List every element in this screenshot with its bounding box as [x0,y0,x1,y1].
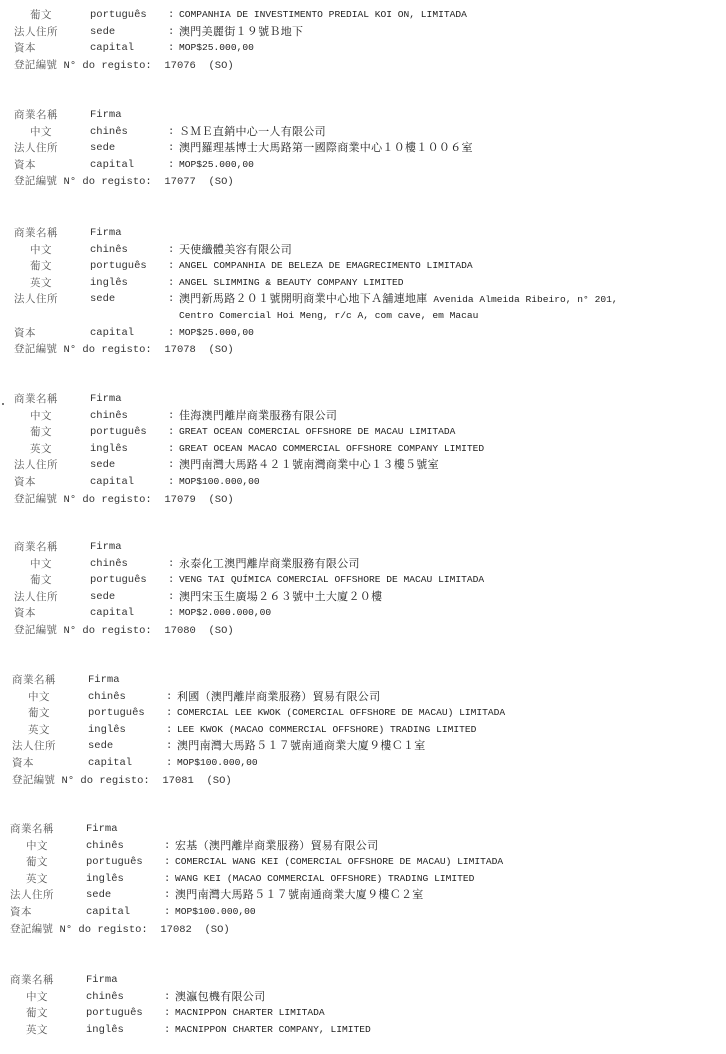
label-pt: N° do registo: [62,775,150,787]
registo-suffix: (SO) [208,344,233,356]
label-pt: português [90,7,147,24]
label-pt: capital [90,157,134,174]
label-pt: sede [88,738,113,755]
label-zh: 商業名稱 [14,539,58,556]
value-portugues: GREAT OCEAN COMERCIAL OFFSHORE DE MACAU … [179,424,455,441]
label-zh: 登記編號 [14,493,57,505]
label-zh: 葡文 [26,1005,48,1022]
registo-line: 登記編號 N° do registo: 17077 (SO) [14,173,234,191]
label-pt: sede [86,887,111,904]
value-sede: 澳門新馬路２０１號開明商業中心地下Ａ舖連地庫 Avenida Almeida R… [179,291,618,309]
registo-number: 17080 [164,625,196,637]
label-zh: 資本 [10,904,32,921]
label-zh: 資本 [14,325,36,342]
label-zh: 商業名稱 [14,107,58,124]
label-pt: capital [90,605,134,622]
label-zh: 英文 [30,441,52,458]
colon: : [164,854,170,871]
colon: : [168,325,174,342]
label-pt: sede [90,589,115,606]
label-pt: Firma [90,225,122,242]
colon: : [168,258,174,275]
colon: : [164,887,170,904]
label-zh: 法人住所 [10,887,54,904]
label-zh: 英文 [26,871,48,888]
label-zh: 商業名稱 [12,672,56,689]
colon: : [168,157,174,174]
scan-speck [2,403,4,405]
registo-line: 登記編號 N° do registo: 17076 (SO) [14,57,234,75]
label-pt: capital [86,904,130,921]
label-pt: capital [90,325,134,342]
label-pt: inglês [86,1022,124,1039]
label-zh: 葡文 [30,424,52,441]
label-zh: 法人住所 [12,738,56,755]
label-zh: 法人住所 [14,457,58,474]
label-pt: N° do registo: [64,625,152,637]
colon: : [166,738,172,755]
label-zh: 登記編號 [14,59,57,71]
label-zh: 商業名稱 [10,972,54,989]
value-sede: 澳門南灣大馬路５１７號南通商業大廈９樓Ｃ２室 [175,887,424,904]
colon: : [164,904,170,921]
label-zh: 登記編號 [12,774,55,786]
registo-suffix: (SO) [208,176,233,188]
registo-number: 17078 [164,344,196,356]
label-zh: 登記編號 [14,624,57,636]
value-portugues: COMPANHIA DE INVESTIMENTO PREDIAL KOI ON… [179,7,467,24]
colon: : [166,755,172,772]
colon: : [168,408,174,425]
label-pt: sede [90,291,115,308]
colon: : [168,474,174,491]
value-capital: MOP$2.000.000,00 [179,605,271,622]
registo-number: 17079 [164,494,196,506]
colon: : [166,722,172,739]
colon: : [164,838,170,855]
colon: : [168,124,174,141]
colon: : [164,989,170,1006]
colon: : [164,871,170,888]
colon: : [168,556,174,573]
registo-number: 17076 [164,60,196,72]
label-pt: chinês [90,124,128,141]
colon: : [168,291,174,308]
value-sede: 澳門宋玉生廣場２６３號中土大廈２０樓 [179,589,382,606]
colon: : [168,275,174,292]
value-chines: 宏基（澳門離岸商業服務）貿易有限公司 [175,838,378,855]
value-sede: 澳門羅理基博士大馬路第一國際商業中心１０樓１００６室 [179,140,473,157]
label-zh: 資本 [14,474,36,491]
label-pt: sede [90,24,115,41]
colon: : [168,424,174,441]
registo-suffix: (SO) [208,625,233,637]
value-sede-zh: 澳門新馬路２０１號開明商業中心地下Ａ舖連地庫 [179,292,428,305]
value-capital: MOP$100.000,00 [177,755,258,772]
document-page: 葡文 português : COMPANHIA DE INVESTIMENTO… [0,0,726,1054]
value-chines: 永泰化工澳門離岸商業服務有限公司 [179,556,360,573]
value-capital: MOP$25.000,00 [179,40,254,57]
label-zh: 英文 [30,275,52,292]
label-zh: 商業名稱 [14,391,58,408]
label-pt: N° do registo: [64,344,152,356]
label-zh: 中文 [30,242,52,259]
value-chines: 佳海澳門離岸商業服務有限公司 [179,408,337,425]
value-chines: 利國（澳門離岸商業服務）貿易有限公司 [177,689,380,706]
label-pt: N° do registo: [64,60,152,72]
value-portugues: COMERCIAL WANG KEI (COMERCIAL OFFSHORE D… [175,854,503,871]
colon: : [164,1022,170,1039]
label-zh: 資本 [14,605,36,622]
registo-number: 17081 [162,775,194,787]
value-portugues: VENG TAI QUÍMICA COMERCIAL OFFSHORE DE M… [179,572,484,589]
label-pt: português [90,424,147,441]
label-pt: chinês [90,556,128,573]
colon: : [166,689,172,706]
label-pt: chinês [90,408,128,425]
label-pt: português [88,705,145,722]
label-zh: 中文 [30,408,52,425]
colon: : [166,705,172,722]
registo-line: 登記編號 N° do registo: 17081 (SO) [12,772,232,790]
label-pt: Firma [90,539,122,556]
label-zh: 中文 [26,838,48,855]
registo-number: 17082 [160,924,192,936]
value-chines: ＳＭＥ直銷中心一人有限公司 [179,124,326,141]
registo-suffix: (SO) [208,494,233,506]
colon: : [168,605,174,622]
label-pt: Firma [90,107,122,124]
colon: : [168,572,174,589]
label-zh: 資本 [12,755,34,772]
label-zh: 葡文 [30,258,52,275]
colon: : [168,140,174,157]
colon: : [168,589,174,606]
value-capital: MOP$25.000,00 [179,157,254,174]
label-pt: Firma [88,672,120,689]
label-zh: 資本 [14,40,36,57]
label-zh: 法人住所 [14,140,58,157]
colon: : [168,40,174,57]
colon: : [168,7,174,24]
registo-line: 登記編號 N° do registo: 17082 (SO) [10,921,230,939]
label-pt: inglês [88,722,126,739]
label-pt: sede [90,457,115,474]
label-zh: 英文 [26,1022,48,1039]
colon: : [168,24,174,41]
value-ingles: GREAT OCEAN MACAO COMMERCIAL OFFSHORE CO… [179,441,484,458]
value-portugues: ANGEL COMPANHIA DE BELEZA DE EMAGRECIMEN… [179,258,473,275]
value-sede-pt-2: Centro Comercial Hoi Meng, r/c A, com ca… [179,308,478,325]
label-zh: 英文 [28,722,50,739]
label-pt: português [90,572,147,589]
registo-suffix: (SO) [208,60,233,72]
value-sede: 澳門美麗街１９號Ｂ地下 [179,24,303,41]
label-pt: Firma [90,391,122,408]
registo-line: 登記編號 N° do registo: 17080 (SO) [14,622,234,640]
label-zh: 中文 [26,989,48,1006]
label-zh: 商業名稱 [10,821,54,838]
value-capital: MOP$100.000,00 [179,474,260,491]
value-capital: MOP$25.000,00 [179,325,254,342]
label-pt: N° do registo: [64,494,152,506]
label-zh: 法人住所 [14,589,58,606]
label-pt: chinês [86,838,124,855]
label-pt: inglês [86,871,124,888]
label-zh: 資本 [14,157,36,174]
label-zh: 中文 [28,689,50,706]
label-pt: sede [90,140,115,157]
label-pt: chinês [90,242,128,259]
value-chines: 天使纖體美容有限公司 [179,242,292,259]
value-ingles: LEE KWOK (MACAO COMMERCIAL OFFSHORE) TRA… [177,722,476,739]
label-zh: 中文 [30,124,52,141]
registo-number: 17077 [164,176,196,188]
value-sede: 澳門南灣大馬路５１７號南通商業大廈９樓Ｃ１室 [177,738,426,755]
registo-line: 登記編號 N° do registo: 17079 (SO) [14,491,234,509]
label-pt: Firma [86,821,118,838]
colon: : [164,1005,170,1022]
label-pt: inglês [90,275,128,292]
value-ingles: WANG KEI (MACAO COMMERCIAL OFFSHORE) TRA… [175,871,474,888]
label-pt: N° do registo: [64,176,152,188]
label-pt: capital [90,40,134,57]
label-pt: Firma [86,972,118,989]
label-pt: português [90,258,147,275]
label-zh: 葡文 [28,705,50,722]
colon: : [168,457,174,474]
label-zh: 中文 [30,556,52,573]
label-pt: português [86,854,143,871]
label-zh: 法人住所 [14,291,58,308]
value-portugues: COMERCIAL LEE KWOK (COMERCIAL OFFSHORE D… [177,705,505,722]
colon: : [168,441,174,458]
label-zh: 葡文 [30,7,52,24]
label-zh: 登記編號 [10,923,53,935]
value-ingles: ANGEL SLIMMING & BEAUTY COMPANY LIMITED [179,275,404,292]
label-zh: 商業名稱 [14,225,58,242]
value-sede-pt-1: Avenida Almeida Ribeiro, n° 201, [433,294,617,305]
label-zh: 法人住所 [14,24,58,41]
registo-suffix: (SO) [206,775,231,787]
value-chines: 澳瀛包機有限公司 [175,989,265,1006]
label-pt: inglês [90,441,128,458]
value-ingles: MACNIPPON CHARTER COMPANY, LIMITED [175,1022,371,1039]
value-sede: 澳門南灣大馬路４２１號南灣商業中心１３樓５號室 [179,457,439,474]
label-zh: 登記編號 [14,175,57,187]
label-zh: 葡文 [30,572,52,589]
value-capital: MOP$100.000,00 [175,904,256,921]
colon: : [168,242,174,259]
label-pt: capital [90,474,134,491]
label-pt: N° do registo: [60,924,148,936]
label-zh: 葡文 [26,854,48,871]
registo-line: 登記編號 N° do registo: 17078 (SO) [14,341,234,359]
label-pt: português [86,1005,143,1022]
label-zh: 登記編號 [14,343,57,355]
label-pt: capital [88,755,132,772]
value-portugues: MACNIPPON CHARTER LIMITADA [175,1005,325,1022]
label-pt: chinês [88,689,126,706]
label-pt: chinês [86,989,124,1006]
registo-suffix: (SO) [204,924,229,936]
